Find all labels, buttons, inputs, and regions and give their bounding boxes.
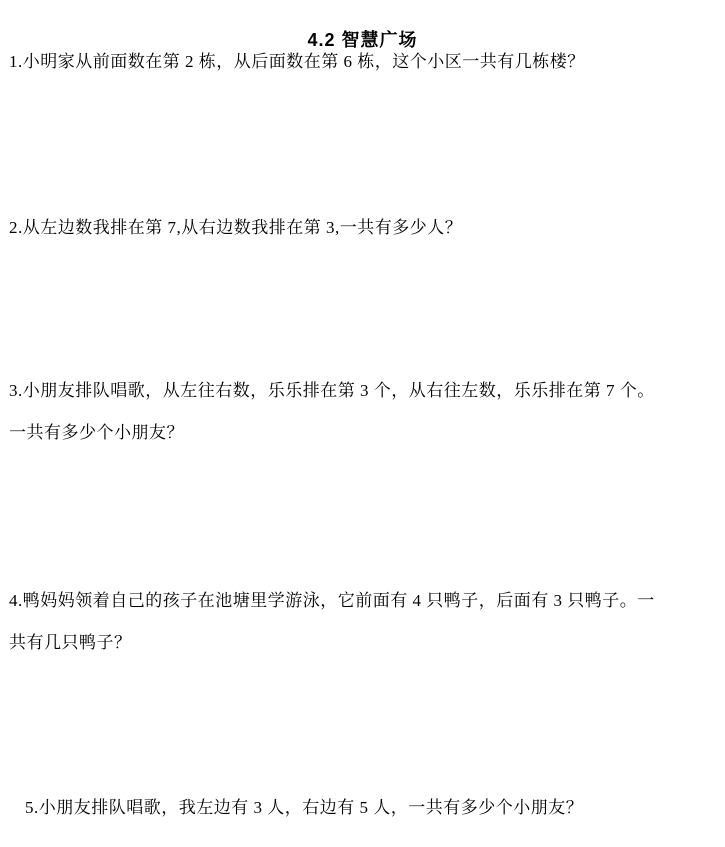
question-4-line-2: 共有几只鸭子？ bbox=[9, 622, 719, 664]
question-3-line-1: 3.小朋友排队唱歌，从左往右数，乐乐排在第 3 个，从右往左数，乐乐排在第 7 … bbox=[9, 370, 719, 412]
question-2: 2.从左边数我排在第 7,从右边数我排在第 3,一共有多少人？ bbox=[9, 207, 719, 249]
question-1: 1.小明家从前面数在第 2 栋，从后面数在第 6 栋，这个小区一共有几栋楼？ bbox=[9, 41, 719, 83]
question-5-line-1: 5.小朋友排队唱歌，我左边有 3 人，右边有 5 人，一共有多少个小朋友？ bbox=[25, 787, 719, 829]
question-4-line-1: 4.鸭妈妈领着自己的孩子在池塘里学游泳，它前面有 4 只鸭子，后面有 3 只鸭子… bbox=[9, 580, 719, 622]
question-3: 3.小朋友排队唱歌，从左往右数，乐乐排在第 3 个，从右往左数，乐乐排在第 7 … bbox=[9, 370, 719, 454]
question-2-line-1: 2.从左边数我排在第 7,从右边数我排在第 3,一共有多少人？ bbox=[9, 207, 719, 249]
question-4: 4.鸭妈妈领着自己的孩子在池塘里学游泳，它前面有 4 只鸭子，后面有 3 只鸭子… bbox=[9, 580, 719, 664]
question-3-line-2: 一共有多少个小朋友？ bbox=[9, 412, 719, 454]
question-1-line-1: 1.小明家从前面数在第 2 栋，从后面数在第 6 栋，这个小区一共有几栋楼？ bbox=[9, 41, 719, 83]
question-5: 5.小朋友排队唱歌，我左边有 3 人，右边有 5 人，一共有多少个小朋友？ bbox=[25, 787, 719, 829]
worksheet-page: 4.2 智慧广场 1.小明家从前面数在第 2 栋，从后面数在第 6 栋，这个小区… bbox=[0, 0, 725, 847]
